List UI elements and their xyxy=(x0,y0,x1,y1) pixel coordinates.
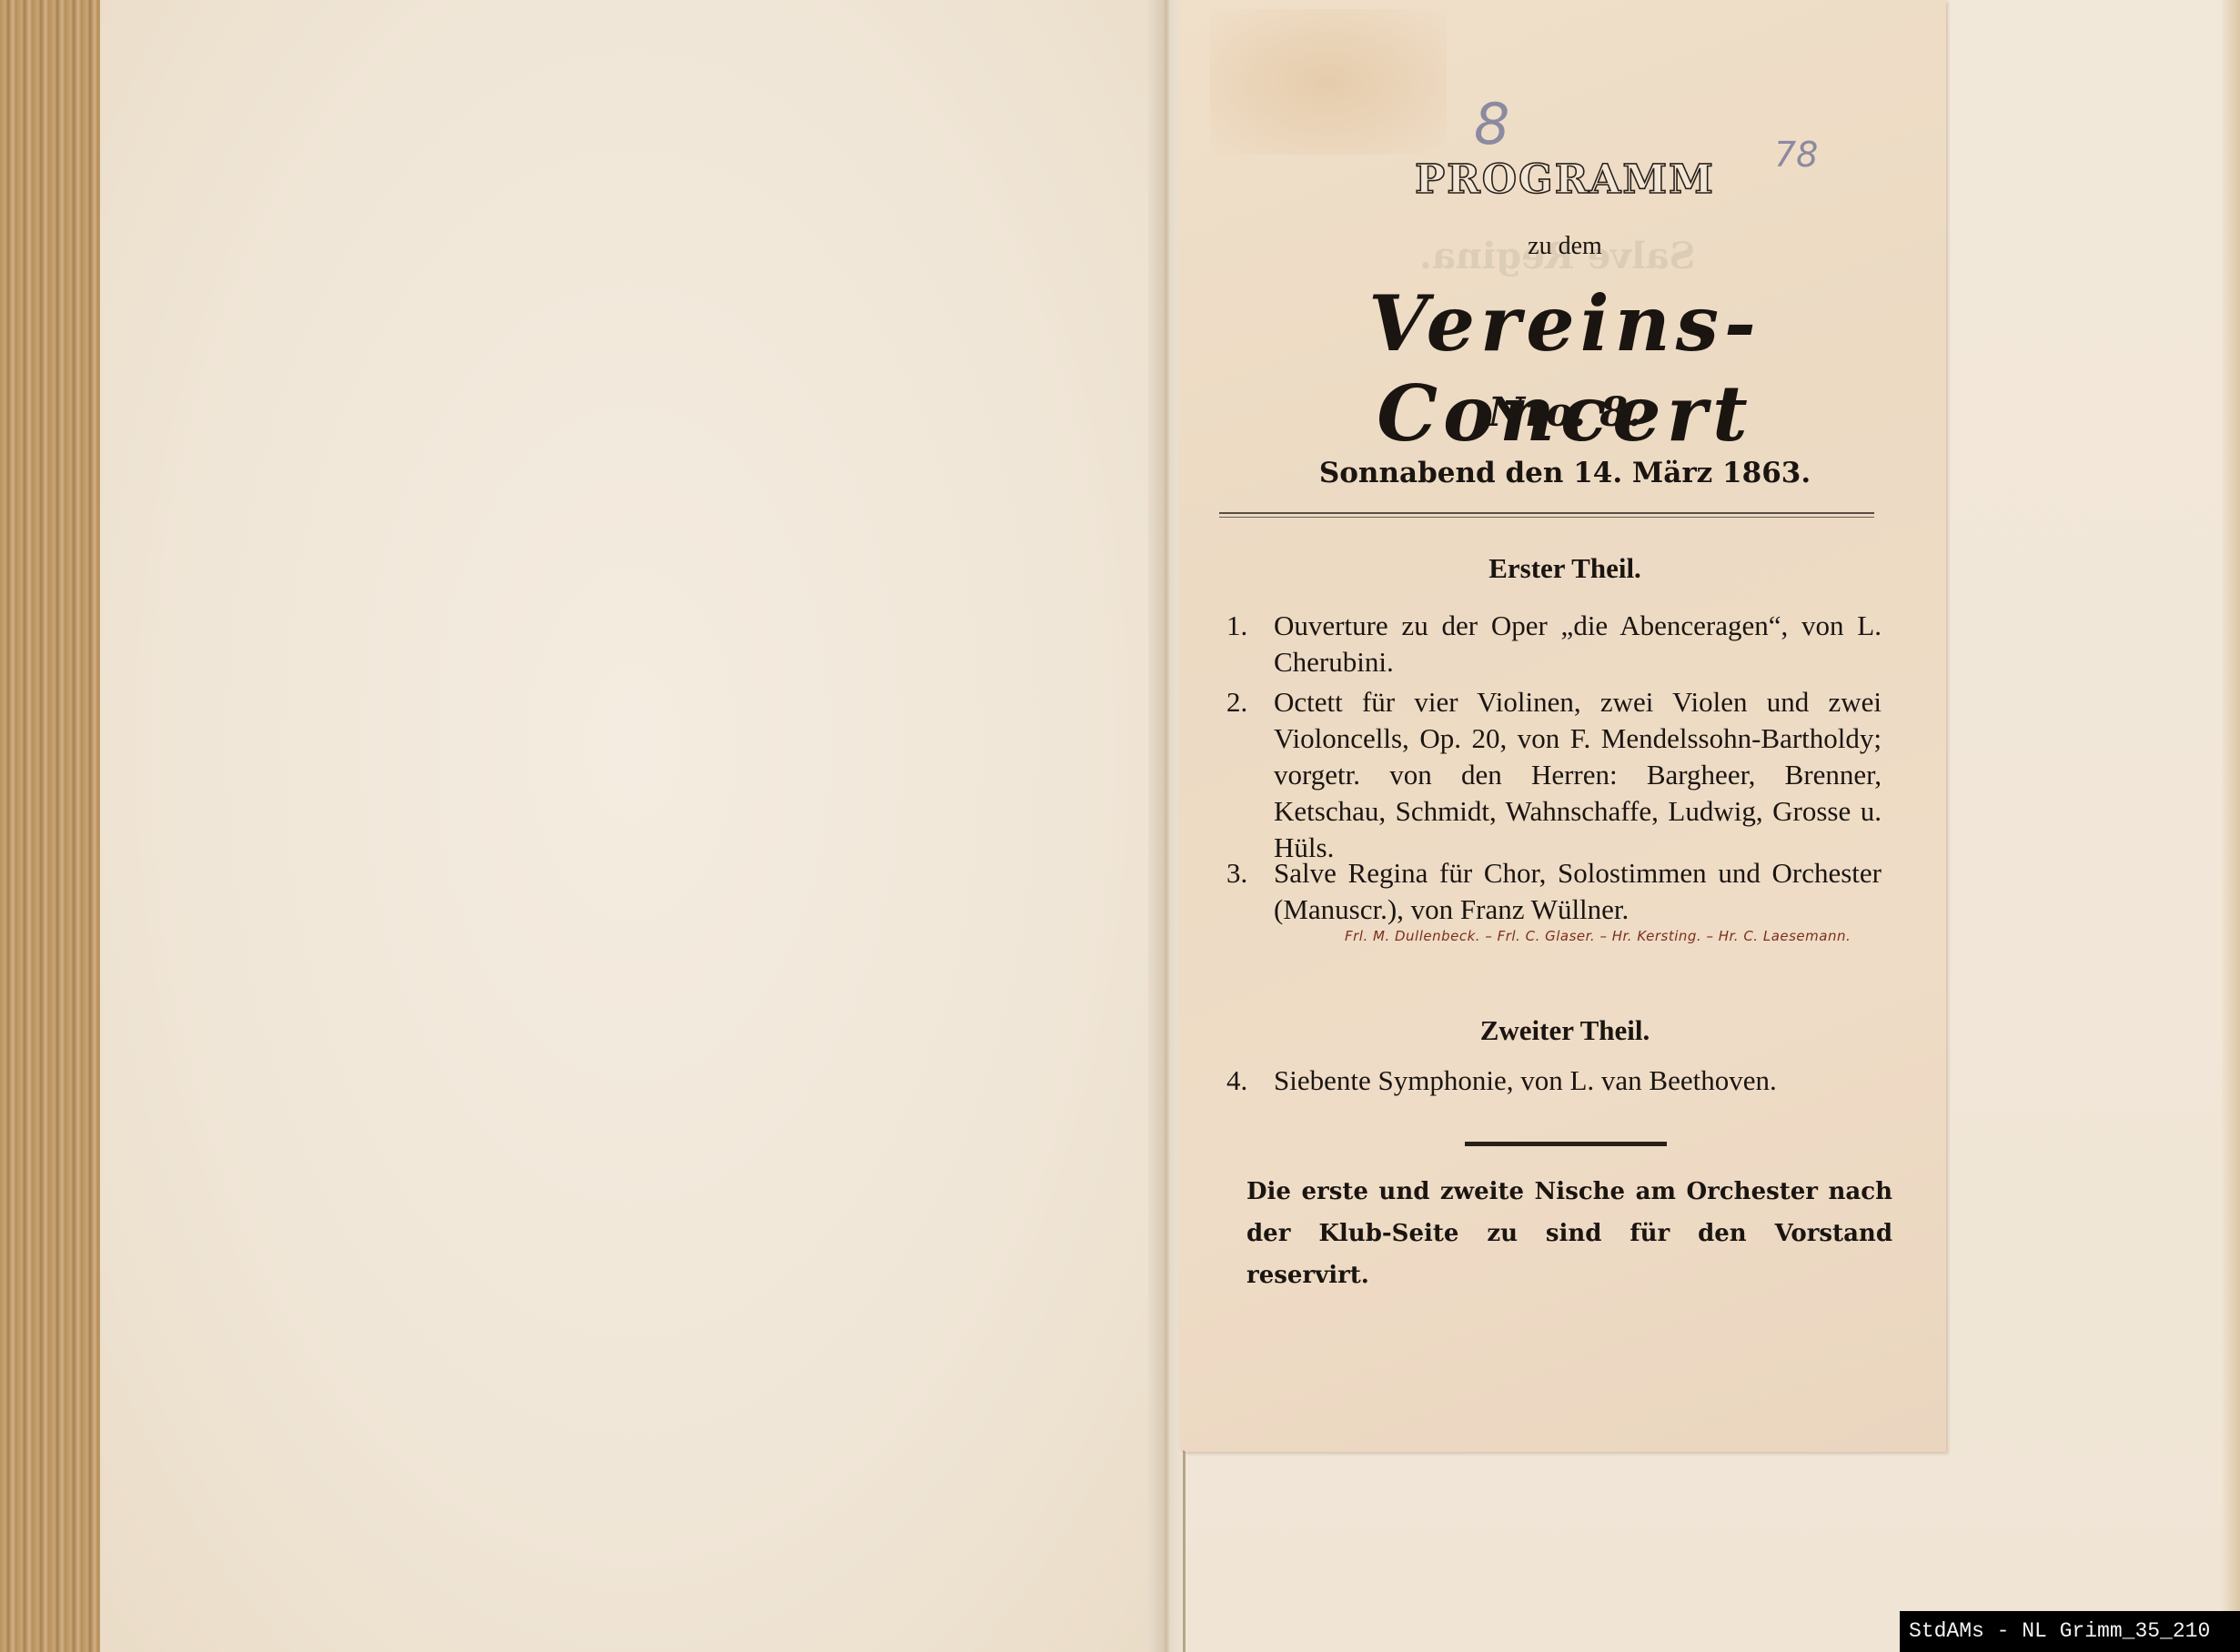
concert-number: Nro. 8. xyxy=(1219,389,1911,436)
left-blank-page xyxy=(100,0,1165,1652)
item-text: Salve Regina für Chor, Solostimmen und O… xyxy=(1274,855,1882,928)
item-text: Ouverture zu der Oper „die Abenceragen“,… xyxy=(1274,608,1882,680)
programme-subtitle: zu dem xyxy=(1219,232,1911,261)
reservation-footnote: Die erste und zweite Nische am Orchester… xyxy=(1246,1171,1892,1296)
item-number: 3. xyxy=(1226,855,1263,891)
concert-date: Sonnabend den 14. März 1863. xyxy=(1219,457,1911,489)
programme-item-2: 2. Octett für vier Violinen, zwei Violen… xyxy=(1226,684,1882,866)
double-rule-divider xyxy=(1219,512,1874,514)
item-number: 4. xyxy=(1226,1063,1263,1099)
part-two-heading: Zweiter Theil. xyxy=(1219,1014,1911,1047)
item-number: 1. xyxy=(1226,608,1263,644)
handwritten-soloists-annotation: Frl. M. Dullenbeck. – Frl. C. Glaser. – … xyxy=(1345,928,1851,944)
programme-title: PROGRAMM xyxy=(1219,156,1911,203)
archive-reference-label: StdAMs - NL Grimm_35_210 xyxy=(1900,1611,2240,1652)
item-text: Octett für vier Violinen, zwei Violen un… xyxy=(1274,684,1882,866)
book-page-edges xyxy=(0,0,100,1652)
handwritten-number-8: 8 xyxy=(1474,91,1509,157)
short-rule-divider xyxy=(1465,1142,1667,1146)
right-page-edge xyxy=(2222,0,2240,1652)
item-text: Siebente Symphonie, von L. van Beethoven… xyxy=(1274,1063,1882,1099)
programme-item-3: 3. Salve Regina für Chor, Solostimmen un… xyxy=(1226,855,1882,928)
paper-stain xyxy=(1210,9,1447,155)
part-one-heading: Erster Theil. xyxy=(1219,552,1911,585)
programme-item-1: 1. Ouverture zu der Oper „die Abencerage… xyxy=(1226,608,1882,680)
item-number: 2. xyxy=(1226,684,1263,720)
programme-item-4: 4. Siebente Symphonie, von L. van Beetho… xyxy=(1226,1063,1882,1099)
